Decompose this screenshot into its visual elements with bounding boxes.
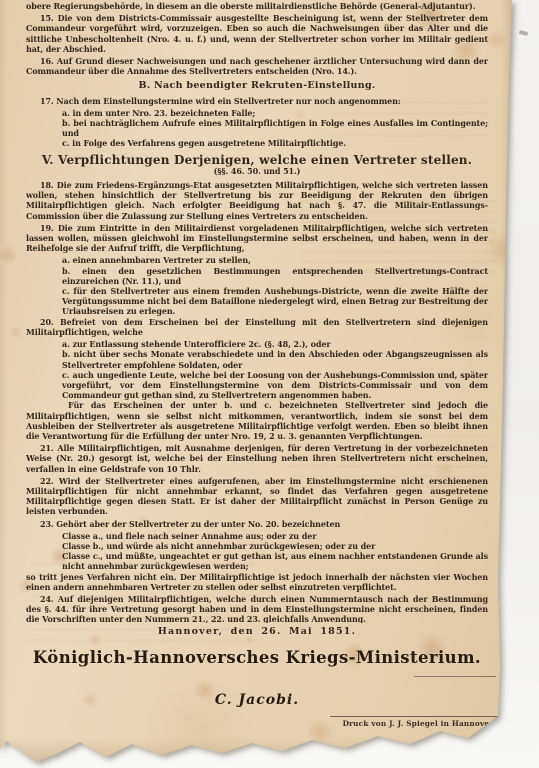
opening-fragment: obere Regierungsbehörde, in diesem an di… (26, 1, 488, 11)
signature: C. Jacobi. (26, 692, 488, 708)
item-19a: a. einen annehmbaren Vertreter zu stelle… (62, 255, 488, 265)
paragraph-19: 19. Die zum Eintritte in den Militairdie… (26, 223, 488, 254)
paragraph-23: 23. Gehört aber der Stellvertreter zu de… (26, 519, 488, 529)
item-23c: Classe c., und müßte, ungeachtet er gut … (62, 551, 488, 571)
ministry-title: Königlich-Hannoversches Kriegs-Ministeri… (26, 648, 488, 667)
section-subheading: (§§. 46. 50. und 51.) (26, 166, 488, 176)
paragraph-18: 18. Die zum Friedens-Ergänzungs-Etat aus… (26, 180, 488, 221)
item-20c: c. auch ungediente Leute, welche bei der… (62, 370, 488, 401)
document-text: obere Regierungsbehörde, in diesem an di… (26, 1, 488, 623)
item-17a: a. in dem unter Nro. 23. bezeichneten Fa… (62, 108, 488, 118)
scanned-document: obere Regierungsbehörde, in diesem an di… (0, 0, 516, 768)
item-20a: a. zur Entlassung stehende Unterofficier… (62, 339, 488, 349)
paragraph-22: 22. Wird der Stellvertreter eines aufger… (26, 476, 488, 517)
item-17c: c. in Folge des Verfahrens gegen ausgetr… (62, 138, 488, 148)
printer-imprint: Druck von J. J. Spiegel in Hannover. (330, 716, 508, 728)
paragraph-20-note: Für das Erscheinen der unter b. und c. b… (26, 400, 488, 441)
paragraph-15: 15. Die von dem Districts-Commissair aus… (26, 13, 488, 54)
section-heading-b: B. Nach beendigter Rekruten-Einstellung. (26, 81, 488, 91)
item-17b: b. bei nachträglichem Aufrufe eines Mili… (62, 118, 488, 138)
paragraph-16: 16. Auf Grund dieser Nachweisungen und n… (26, 56, 488, 76)
printer-imprint-text: Druck von J. J. Spiegel in Hannover. (330, 716, 508, 728)
paragraph-21: 21. Alle Militairpflichtigen, mit Ausnah… (26, 443, 488, 474)
item-19b: b. einen den gesetzlichen Bestimmungen e… (62, 266, 488, 286)
item-20b: b. nicht über sechs Monate verabschiedet… (62, 349, 488, 369)
item-23a: Classe a., und fiele nach seiner Annahme… (62, 531, 488, 541)
dateline: Hannover, den 26. Mai 1851. (26, 626, 488, 637)
paragraph-20: 20. Befreiet von dem Erscheinen bei der … (26, 317, 488, 337)
paragraph-23-continuation: so tritt jenes Verfahren nicht ein. Der … (26, 572, 488, 592)
rule-line (414, 676, 496, 677)
paragraph-24: 24. Auf diejenigen Militairpflichtigen, … (26, 594, 488, 623)
paragraph-17: 17. Nach dem Einstellungstermine wird ei… (26, 96, 488, 106)
scan-smudge (519, 30, 529, 36)
item-19c: c. für den Stellvertreter aus einem frem… (62, 286, 488, 317)
item-23b: Classe b., und würde als nicht annehmbar… (62, 541, 488, 551)
document-page: obere Regierungsbehörde, in diesem an di… (0, 0, 513, 768)
section-heading-v: V. Verpflichtungen Derjenigen, welche ei… (26, 155, 488, 165)
